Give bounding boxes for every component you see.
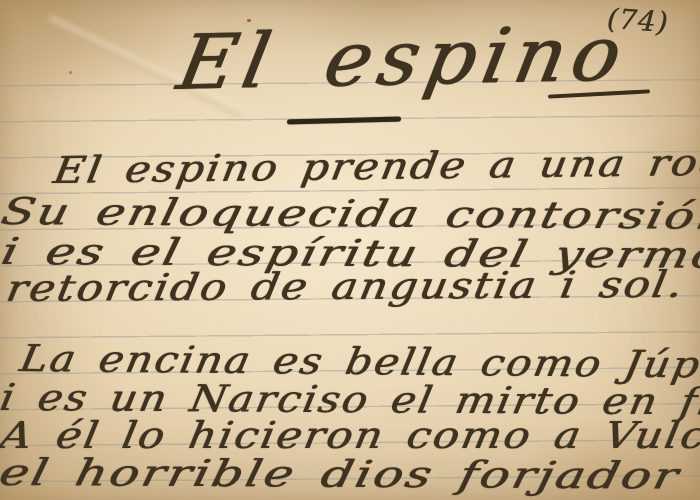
manuscript-page: (74) El espino El espino prende a una ro… [0, 0, 700, 500]
poem-line: El espino prende a una roca [51, 143, 700, 189]
poem-line: A él lo hicieron como a Vulcano [0, 417, 700, 454]
poem-line: retorcido de angustia i sol. [4, 266, 688, 307]
poem-line: el horrible dios forjador .. [0, 454, 700, 495]
ink-speck [69, 71, 72, 74]
poem-title: El espino [171, 9, 635, 107]
poem-line: Su enloquecida contorsión, [0, 193, 700, 235]
